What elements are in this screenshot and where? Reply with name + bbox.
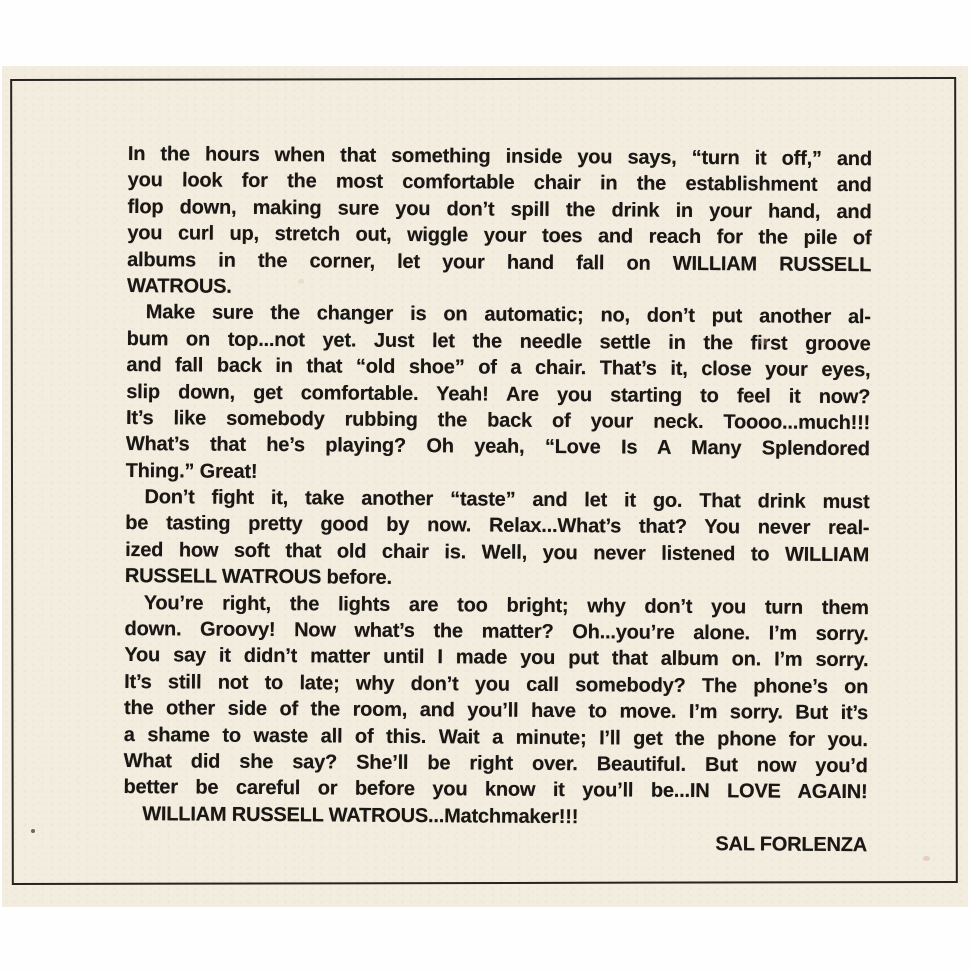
text-line: albums in the corner, let your hand fall… — [127, 247, 871, 279]
signature: SAL FORLENZA — [123, 827, 867, 859]
scan-speck — [759, 338, 768, 345]
liner-notes-text: In the hours when that something inside … — [123, 141, 872, 859]
text-line: WILLIAM RUSSELL WATROUS...Matchmaker!!! — [123, 801, 867, 833]
paragraph: Don’t fight it, take another “taste” and… — [125, 484, 870, 595]
paragraph: You’re right, the lights are too bright;… — [123, 590, 868, 806]
paragraph: WILLIAM RUSSELL WATROUS...Matchmaker!!! — [123, 801, 867, 833]
paragraph: In the hours when that something inside … — [127, 141, 872, 305]
scan-speck — [923, 856, 930, 861]
scanned-page: In the hours when that something inside … — [0, 0, 970, 970]
album-back-paper: In the hours when that something inside … — [2, 66, 968, 907]
scan-speck — [298, 279, 304, 284]
scan-speck — [31, 829, 35, 833]
paragraph: Make sure the changer is on automatic; n… — [126, 299, 871, 489]
